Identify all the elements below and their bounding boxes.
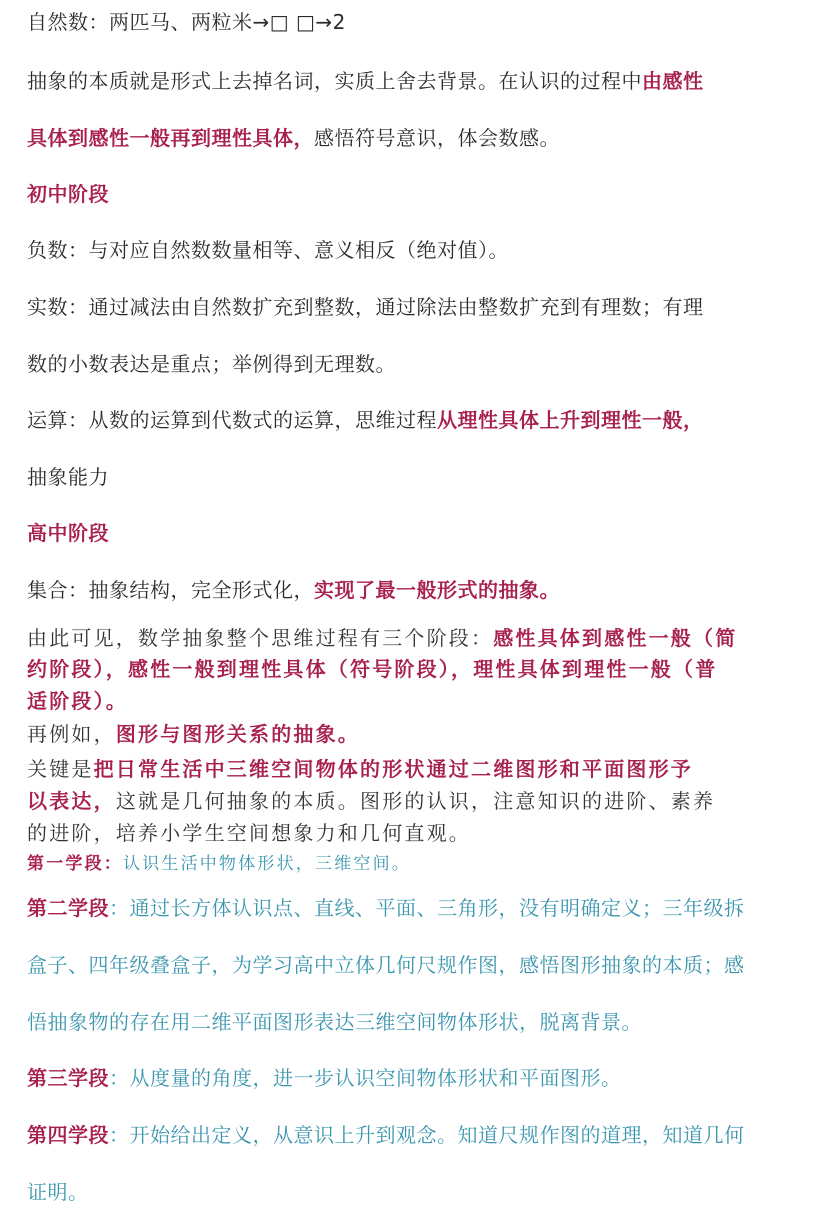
stage-3-line: 第三学段：从度量的角度，进一步认识空间物体形状和平面图形。 bbox=[27, 1064, 622, 1092]
key-text-2: 这就是几何抽象的本质。图形的认识，注意知识的进阶、素养 bbox=[116, 789, 715, 813]
negative-numbers-line: 负数：与对应自然数数量相等、意义相反（绝对值）。 bbox=[27, 236, 509, 264]
operations-text: 运算：从数的运算到代数式的运算，思维过程 bbox=[27, 408, 437, 432]
set-line: 集合：抽象结构，完全形式化，实现了最一般形式的抽象。 bbox=[27, 576, 560, 604]
natural-numbers-text: 两匹马、两粒米→□ □→2 bbox=[109, 10, 346, 34]
summary-text: 由此可见，数学抽象整个思维过程有三个阶段： bbox=[27, 626, 493, 650]
abstraction-essence-highlight: 由感性 bbox=[642, 69, 704, 93]
key-line-1: 关键是把日常生活中三维空间物体的形状通过二维图形和平面图形予 bbox=[27, 755, 693, 783]
stage-2-line-1: 第二学段：通过长方体认识点、直线、平面、三角形，没有明确定义；三年级拆 bbox=[27, 894, 745, 922]
stage-4-label: 第四学段 bbox=[27, 1123, 109, 1147]
natural-numbers-label: 自然数： bbox=[27, 10, 109, 34]
real-numbers-line-2: 数的小数表达是重点；举例得到无理数。 bbox=[27, 350, 396, 378]
key-text: 关键是 bbox=[27, 757, 94, 781]
set-text: 集合：抽象结构，完全形式化， bbox=[27, 578, 314, 602]
key-highlight-2: 以表达， bbox=[27, 789, 116, 813]
summary-line-3: 适阶段）。 bbox=[27, 687, 128, 715]
key-line-3: 的进阶，培养小学生空间想象力和几何直观。 bbox=[27, 819, 471, 847]
senior-high-heading: 高中阶段 bbox=[27, 519, 109, 547]
stage-1-label: 第一学段： bbox=[27, 854, 123, 874]
abstraction-essence-line-1: 抽象的本质就是形式上去掉名词，实质上舍去背景。在认识的过程中由感性 bbox=[27, 67, 704, 95]
abstraction-essence-highlight-2: 具体到感性一般再到理性具体， bbox=[27, 126, 314, 150]
set-highlight: 实现了最一般形式的抽象。 bbox=[314, 578, 560, 602]
summary-highlight-1: 感性具体到感性一般（简 bbox=[493, 626, 737, 650]
key-line-2: 以表达，这就是几何抽象的本质。图形的认识，注意知识的进阶、素养 bbox=[27, 787, 715, 815]
stage-1-text: 认识生活中物体形状，三维空间。 bbox=[123, 854, 411, 874]
stage-3-text: 从度量的角度，进一步认识空间物体形状和平面图形。 bbox=[130, 1066, 622, 1090]
stage-4-line-2: 证明。 bbox=[27, 1178, 89, 1206]
stage-2-label: 第二学段 bbox=[27, 896, 109, 920]
abstraction-essence-text-2: 感悟符号意识，体会数感。 bbox=[314, 126, 560, 150]
stage-4-separator: ： bbox=[109, 1123, 130, 1147]
abstraction-essence-text: 抽象的本质就是形式上去掉名词，实质上舍去背景。在认识的过程中 bbox=[27, 69, 642, 93]
stage-3-separator: ： bbox=[109, 1066, 130, 1090]
operations-line-2: 抽象能力 bbox=[27, 463, 109, 491]
example-text: 再例如， bbox=[27, 722, 116, 746]
junior-high-heading: 初中阶段 bbox=[27, 180, 109, 208]
real-numbers-line-1: 实数：通过减法由自然数扩充到整数，通过除法由整数扩充到有理数；有理 bbox=[27, 293, 704, 321]
stage-4-text-1: 开始给出定义，从意识上升到观念。知道尺规作图的道理，知道几何 bbox=[130, 1123, 745, 1147]
stage-2-line-3: 悟抽象物的存在用二维平面图形表达三维空间物体形状，脱离背景。 bbox=[27, 1008, 642, 1036]
stage-1-line: 第一学段：认识生活中物体形状，三维空间。 bbox=[27, 850, 411, 878]
summary-line-2: 约阶段），感性一般到理性具体（符号阶段），理性具体到理性一般（普 bbox=[27, 655, 717, 683]
stage-3-label: 第三学段 bbox=[27, 1066, 109, 1090]
key-highlight-1: 把日常生活中三维空间物体的形状通过二维图形和平面图形予 bbox=[94, 757, 693, 781]
example-line: 再例如，图形与图形关系的抽象。 bbox=[27, 720, 360, 748]
abstraction-essence-line-2: 具体到感性一般再到理性具体，感悟符号意识，体会数感。 bbox=[27, 124, 560, 152]
stage-2-line-2: 盒子、四年级叠盒子，为学习高中立体几何尺规作图，感悟图形抽象的本质；感 bbox=[27, 951, 745, 979]
operations-line-1: 运算：从数的运算到代数式的运算，思维过程从理性具体上升到理性一般， bbox=[27, 406, 704, 434]
natural-numbers-line: 自然数：两匹马、两粒米→□ □→2 bbox=[27, 8, 346, 36]
stage-4-line-1: 第四学段：开始给出定义，从意识上升到观念。知道尺规作图的道理，知道几何 bbox=[27, 1121, 745, 1149]
operations-highlight: 从理性具体上升到理性一般， bbox=[437, 408, 704, 432]
example-highlight: 图形与图形关系的抽象。 bbox=[116, 722, 360, 746]
stage-2-text-1: 通过长方体认识点、直线、平面、三角形，没有明确定义；三年级拆 bbox=[130, 896, 745, 920]
stage-2-separator: ： bbox=[109, 896, 130, 920]
summary-line-1: 由此可见，数学抽象整个思维过程有三个阶段：感性具体到感性一般（简 bbox=[27, 624, 737, 652]
